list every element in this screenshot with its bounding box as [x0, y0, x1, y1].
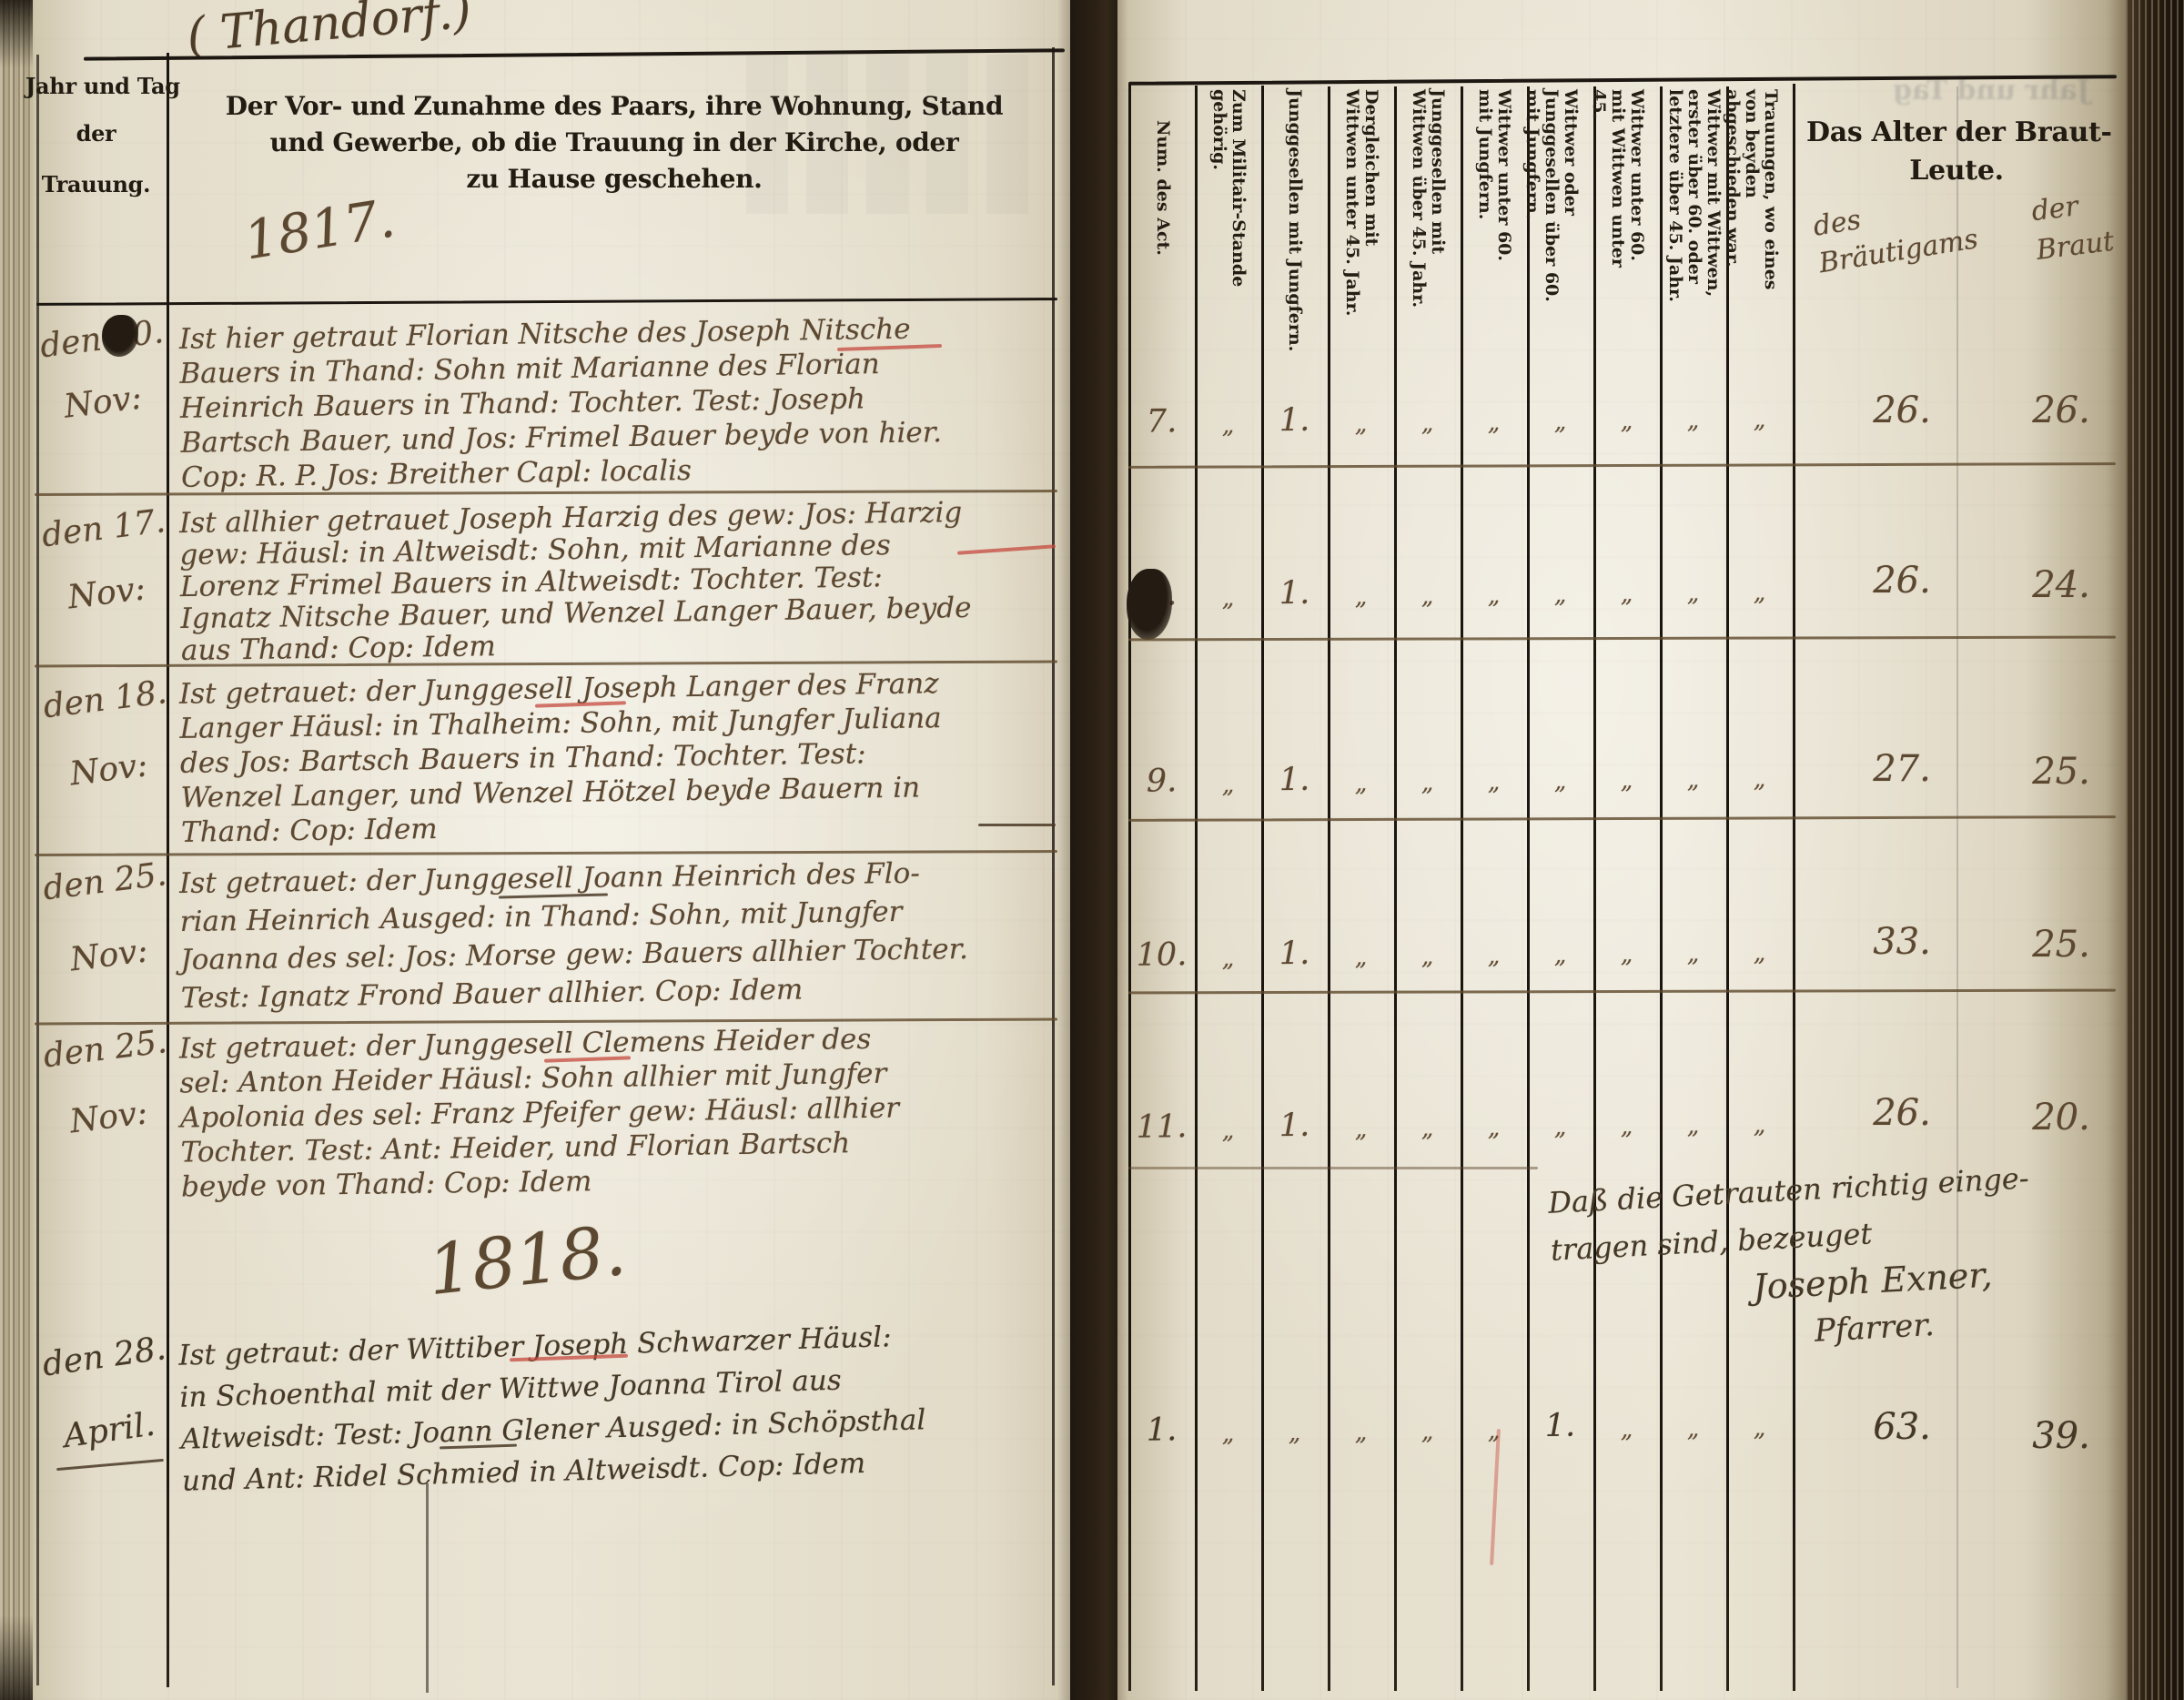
groom-age: 26. — [1843, 1092, 1961, 1134]
stat-cell: „ — [1593, 1407, 1660, 1444]
column-rule — [1726, 86, 1729, 1691]
entry-text: Ist allhier getrauet Joseph Harzig des g… — [179, 497, 972, 667]
stat-cell: „ — [1593, 758, 1660, 795]
entry-text: Ist hier getraut Florian Nitsche des Jos… — [179, 311, 943, 495]
bride-age: 25. — [2002, 751, 2120, 793]
bride-age: 20. — [2002, 1097, 2120, 1138]
date-column-divider — [167, 53, 169, 1687]
stat-cell: „ — [1394, 1106, 1461, 1143]
bride-age: 39. — [2002, 1415, 2120, 1457]
left-page-left-border — [36, 55, 39, 1685]
stat-cell: „ — [1461, 1408, 1527, 1445]
column-rule — [1261, 86, 1264, 1691]
show-through-columns — [746, 55, 1046, 214]
groom-age: 26. — [1843, 560, 1961, 602]
age-header-line2: Leute. — [1806, 155, 2107, 187]
stat-cell: 1. — [1261, 1108, 1328, 1145]
stat-cell: „ — [1660, 1103, 1726, 1140]
stat-cell: „ — [1660, 931, 1726, 968]
stat-cell: 7. — [1128, 403, 1195, 440]
stat-cell: 9. — [1128, 763, 1195, 800]
entry-date: den 25. Nov: — [41, 855, 177, 981]
stat-cell: „ — [1461, 400, 1527, 437]
stat-cell: „ — [1328, 935, 1394, 972]
age-header-line1: Das Alter der Braut- — [1806, 116, 2107, 148]
stat-row: 10. „ 1. „ „ „ „ „ „ „ — [1128, 930, 1793, 974]
stat-cell: „ — [1195, 762, 1261, 799]
stat-row: 1. „ „ „ „ „ 1. „ „ „ — [1128, 1405, 1793, 1449]
stat-cell: „ — [1461, 759, 1527, 796]
stat-cell: „ — [1660, 757, 1726, 794]
column-rule — [1461, 86, 1463, 1691]
age-column-divider — [1956, 86, 1958, 1688]
register-book-spread: ( Thandorf.) Jahr und Tag der Trauung. D… — [0, 0, 2184, 1700]
stat-cell: „ — [1195, 1411, 1261, 1448]
entry-text: Ist getrauet: der Junggesell Clemens Hei… — [179, 1021, 901, 1204]
certification-note: Daß die Getrauten richtig einge- tragen … — [1547, 1154, 2037, 1368]
entry-text: Ist getraut: der Wittiber Joseph Schwarz… — [178, 1315, 927, 1502]
stat-cell: 1. — [1527, 1407, 1593, 1444]
bride-age: 26. — [2002, 390, 2120, 431]
stat-cell: „ — [1328, 574, 1394, 612]
stat-cell: „ — [1195, 936, 1261, 973]
stat-column-header: Wittwer unter 60. mit Wittwen unter 45. — [1589, 89, 1646, 299]
stat-cell: „ — [1394, 573, 1461, 611]
date-column-header-line2: der — [25, 120, 167, 147]
stat-cell: „ — [1660, 571, 1726, 608]
stat-row: 7. „ 1. „ „ „ „ „ „ „ — [1128, 397, 1793, 440]
stat-row: 9. „ 1. „ „ „ „ „ „ „ — [1128, 756, 1793, 800]
groom-age: 63. — [1843, 1406, 1961, 1448]
stat-cell: „ — [1593, 932, 1660, 969]
stat-cell: „ — [1726, 930, 1793, 967]
groom-age: 33. — [1843, 921, 1961, 963]
stat-cell: „ — [1527, 1104, 1593, 1141]
stat-row: 8. „ 1. „ „ „ „ „ „ „ — [1128, 570, 1793, 613]
entry-date: den 25. Nov: — [41, 1023, 177, 1143]
stat-cell: „ — [1527, 758, 1593, 795]
stat-cell: „ — [1195, 402, 1261, 440]
stat-cell: 1. — [1261, 575, 1328, 612]
stat-cell: 1. — [1261, 936, 1328, 973]
stat-cell: 1. — [1128, 1412, 1195, 1449]
groom-age: 27. — [1843, 748, 1961, 790]
stat-cell: „ — [1461, 572, 1527, 610]
stat-cell: „ — [1660, 1406, 1726, 1443]
stat-cell: „ — [1593, 572, 1660, 609]
stat-column-header: Wittwer oder Junggesellen über 60. mit J… — [1522, 89, 1580, 330]
column-rule — [1195, 86, 1198, 1691]
page-stack-edge-left — [0, 0, 36, 1700]
stat-column-header: Wittwer unter 60. mit Jungfern. — [1475, 89, 1513, 285]
stat-column-header: Dergleichen mit Wittwen unter 45. Jahr. — [1342, 89, 1380, 321]
stat-column-header: Junggesellen mit Wittwen über 45. Jahr. — [1409, 89, 1447, 321]
stat-column-header: Trauungen, wo eines von beyden abgeschie… — [1723, 89, 1780, 312]
column-rule — [1128, 84, 1131, 1691]
stat-cell: „ — [1394, 934, 1461, 971]
stat-cell: „ — [1461, 933, 1527, 970]
stat-cell: 10. — [1128, 936, 1195, 974]
stat-cell: „ — [1195, 575, 1261, 612]
stat-column-header: Zum Militair-Stande gehörig. — [1209, 89, 1248, 317]
stat-cell: 1. — [1261, 402, 1328, 440]
stat-column-header: Num. des Act. — [1153, 120, 1172, 302]
entry-date: den 28. April. — [40, 1330, 178, 1457]
entry-date: den 17. Nov: — [40, 502, 176, 619]
date-column-header-line1: Jahr und Tag — [25, 73, 176, 99]
stat-cell: „ — [1394, 1409, 1461, 1446]
bride-age: 24. — [2002, 564, 2120, 606]
trailing-dash — [978, 824, 1056, 826]
stat-cell: „ — [1394, 400, 1461, 438]
entry-text: Ist getrauet: der Junggesell Joseph Lang… — [179, 666, 944, 850]
age-bride-label: der Braut — [2030, 187, 2117, 267]
stat-cell: „ — [1726, 1102, 1793, 1139]
stat-cell: „ — [1328, 1410, 1394, 1447]
page-stack-edge-right — [2126, 0, 2184, 1700]
column-rule — [1328, 86, 1330, 1691]
groom-age: 26. — [1843, 390, 1961, 431]
stat-row: 11. „ 1. „ „ „ „ „ „ „ — [1128, 1102, 1793, 1146]
left-page-right-border — [1052, 47, 1055, 1685]
column-rule — [1593, 86, 1596, 1691]
stat-cell: „ — [1195, 1108, 1261, 1145]
column-rule — [1394, 86, 1397, 1691]
stat-column-header: Wittwer mit Wittwen, erster über 60. ode… — [1665, 89, 1723, 308]
stat-cell: „ — [1726, 397, 1793, 434]
stat-cell: „ — [1726, 1405, 1793, 1442]
entry-date: den 18. Nov: — [41, 673, 177, 795]
bride-age: 25. — [2002, 924, 2120, 966]
stat-cell: „ — [1261, 1411, 1328, 1448]
stat-cell: „ — [1593, 399, 1660, 436]
stat-cell: „ — [1660, 398, 1726, 435]
stat-cell: „ — [1527, 932, 1593, 969]
stat-cell: „ — [1726, 756, 1793, 794]
stat-cell: „ — [1461, 1105, 1527, 1142]
stat-column-header: Junggesellen mit Jungfern. — [1285, 89, 1304, 353]
column-rule — [1660, 86, 1663, 1691]
stat-cell: „ — [1394, 760, 1461, 797]
stat-cell: „ — [1328, 761, 1394, 798]
stat-cell: „ — [1527, 572, 1593, 609]
stat-cell: „ — [1527, 399, 1593, 436]
stat-cell: 1. — [1261, 762, 1328, 799]
stat-cell: „ — [1328, 401, 1394, 439]
page-crease — [426, 1483, 429, 1693]
stat-cell: „ — [1328, 1107, 1394, 1144]
entry-text: Ist getrauet: der Junggesell Joann Heinr… — [179, 854, 969, 1017]
row-separator — [1128, 1167, 1538, 1169]
stat-cell: „ — [1726, 570, 1793, 607]
stat-cell: „ — [1593, 1104, 1660, 1141]
stat-cell: 11. — [1128, 1108, 1195, 1146]
date-column-header-line3: Trauung. — [25, 171, 167, 197]
column-rule — [1793, 84, 1795, 1691]
